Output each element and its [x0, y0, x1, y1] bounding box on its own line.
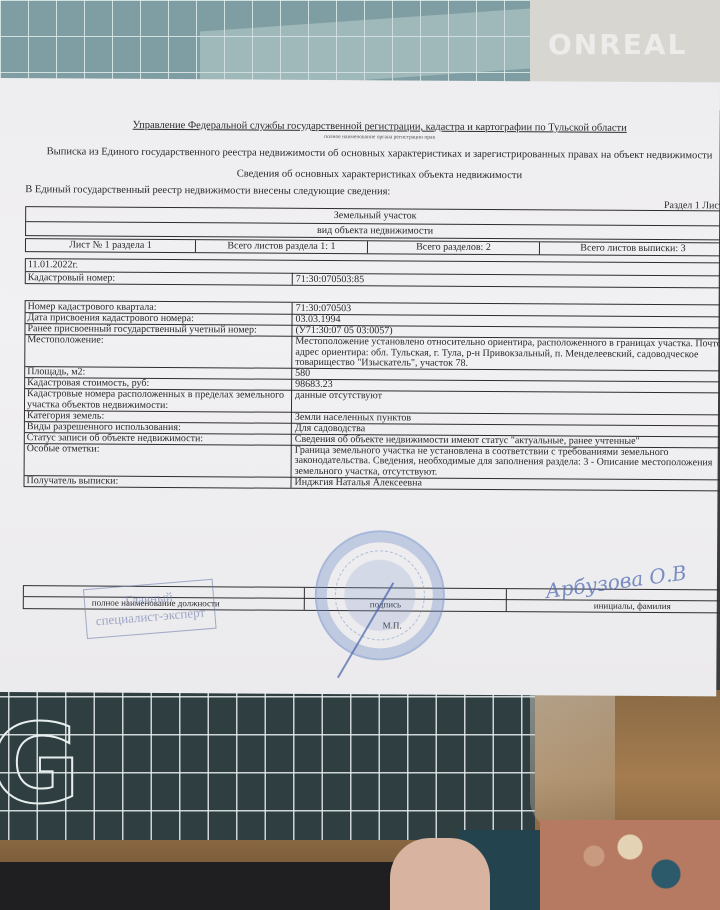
field-value: Земли населенных пунктов — [295, 412, 411, 424]
cadastral-number-value: 71:30:070503:85 — [296, 274, 364, 285]
section-title: Сведения об основных характеристиках объ… — [0, 167, 720, 183]
field-value: земельного участка, отсутствуют. — [295, 466, 438, 478]
name-caption: инициалы, фамилия — [594, 601, 671, 611]
sheets-info-row: Лист № 1 раздела 1 Всего листов раздела … — [25, 238, 720, 256]
mat-logo-letter: G — [0, 700, 80, 828]
characteristics-table: Номер кадастрового квартала:71:30:070503… — [24, 300, 720, 491]
person-hand — [390, 838, 490, 910]
field-label: Категория земель: — [27, 410, 104, 421]
field-value: (У71:30:07 05 03:0057) — [295, 325, 392, 337]
field-value: Инджгия Наталья Алексеевна — [295, 477, 422, 489]
field-label: Номер кадастрового квартала: — [28, 301, 157, 313]
plastic-sheet — [530, 690, 615, 830]
object-type-box: Земельный участок вид объекта недвижимос… — [25, 206, 720, 240]
cadastral-number-label: Кадастровый номер: — [28, 272, 116, 284]
sheet-number: Лист № 1 раздела 1 — [26, 239, 196, 252]
field-label: Получатель выписки: — [27, 475, 119, 487]
seal-inner-ring — [335, 550, 426, 641]
field-label: участка объектов недвижимости: — [27, 399, 168, 411]
field-label: Местоположение: — [27, 334, 103, 345]
intro-text: В Единый государственный реестр недвижим… — [25, 184, 390, 197]
patterned-rug — [540, 820, 720, 910]
watermark: ONREAL — [548, 28, 687, 61]
official-seal — [314, 530, 445, 661]
field-value: 580 — [295, 368, 310, 379]
total-sheets: Всего листов выписки: 3 — [540, 242, 720, 255]
field-value: Для садоводства — [295, 423, 365, 434]
extract-title: Выписка из Единого государственного реес… — [0, 146, 720, 162]
field-value: 71:30:070503 — [296, 303, 352, 314]
field-value: данные отсутствуют — [295, 390, 382, 402]
extract-date: 11.01.2022г. — [28, 259, 78, 270]
field-label: Кадастровая стоимость, руб: — [27, 377, 149, 389]
egrn-extract-document: Управление Федеральной службы государств… — [0, 78, 720, 696]
position-stamp: Главный специалист-эксперт — [83, 579, 217, 639]
total-sections: Всего разделов: 2 — [368, 241, 540, 254]
sheets-in-section: Всего листов раздела 1: 1 — [196, 240, 368, 253]
field-value: 03.03.1994 — [295, 314, 340, 325]
date-cadastral-box: 11.01.2022г. Кадастровый номер: 71:30:07… — [25, 258, 720, 288]
field-value: 98683.23 — [295, 379, 333, 390]
field-label: Площадь, м2: — [27, 366, 85, 377]
field-label: Особые отметки: — [27, 443, 100, 454]
